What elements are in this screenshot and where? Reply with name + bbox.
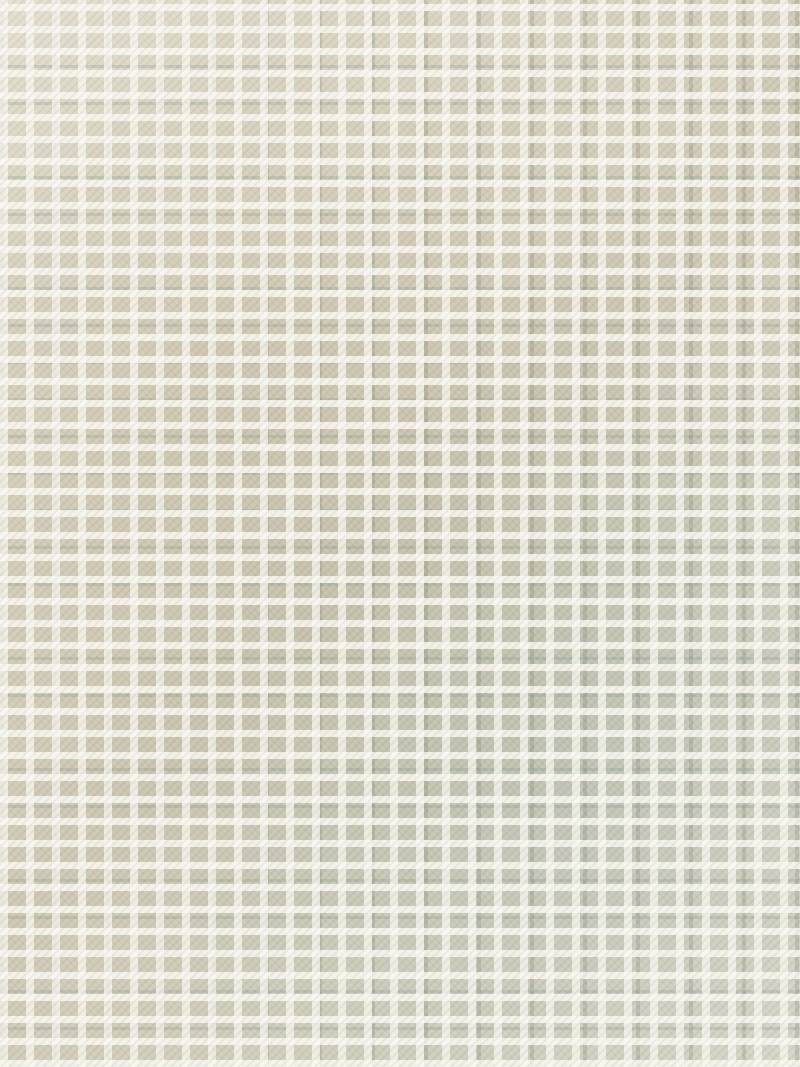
rug-texture-photo: Close-up texture of a hand-tufted rug wi… — [0, 0, 800, 1067]
yarn-texture-overlay — [0, 0, 800, 1067]
